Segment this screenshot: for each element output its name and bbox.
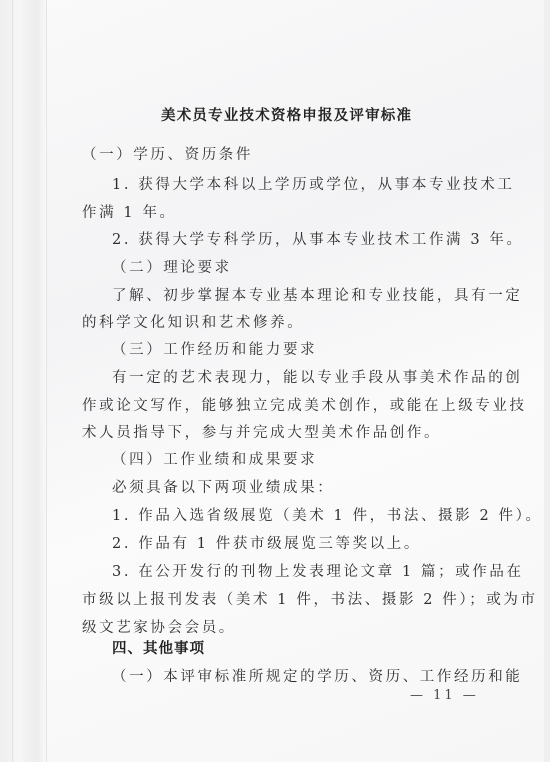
- paragraph-line: 2. 获得大学专科学历，从事本专业技术工作满 3 年。: [112, 231, 524, 249]
- paragraph-line: 级文艺家协会会员。: [82, 619, 236, 637]
- paragraph-line: 了解、初步掌握本专业基本理论和专业技能，具有一定: [112, 287, 522, 305]
- page-number: — 11 —: [410, 688, 479, 703]
- binding-edge: [0, 0, 47, 762]
- paragraph-line: 3. 在公开发行的刊物上发表理论文章 1 篇；或作品在: [112, 563, 524, 581]
- section-heading-achievements: （四）工作业绩和成果要求: [112, 451, 317, 469]
- paragraph-line: 1. 获得大学本科以上学历或学位，从事本专业技术工: [112, 176, 514, 194]
- scanned-page: 美术员专业技术资格申报及评审标准 （一）学历、资历条件 1. 获得大学本科以上学…: [0, 0, 550, 762]
- paragraph-line: 术人员指导下，参与并完成大型美术作品创作。: [82, 424, 441, 442]
- paragraph-line: 作满 1 年。: [82, 204, 177, 222]
- paragraph-line: 2. 作品有 1 件获市级展览三等奖以上。: [112, 535, 421, 553]
- section-heading-other-matters: 四、其他事项: [112, 640, 205, 658]
- paragraph-line: 有一定的艺术表现力，能以专业手段从事美术作品的创: [112, 369, 522, 387]
- section-heading-experience: （三）工作经历和能力要求: [112, 341, 317, 359]
- section-heading-theory: （二）理论要求: [112, 259, 232, 277]
- paragraph-line: 市级以上报刊发表（美术 1 件，书法、摄影 2 件）；或为市: [82, 591, 538, 609]
- section-heading-education: （一）学历、资历条件: [82, 146, 253, 164]
- document-title: 美术员专业技术资格申报及评审标准: [161, 104, 412, 125]
- paragraph-line: 作或论文写作，能够独立完成美术创作，或能在上级专业技: [82, 397, 527, 415]
- paragraph-line: 必须具备以下两项业绩成果：: [112, 479, 334, 497]
- page-edge: [544, 0, 550, 762]
- paragraph-line: （一）本评审标准所规定的学历、资历、工作经历和能: [112, 668, 522, 686]
- paragraph-line: 的科学文化知识和艺术修养。: [82, 314, 304, 332]
- paragraph-line: 1. 作品入选省级展览（美术 1 件，书法、摄影 2 件）。: [112, 507, 543, 525]
